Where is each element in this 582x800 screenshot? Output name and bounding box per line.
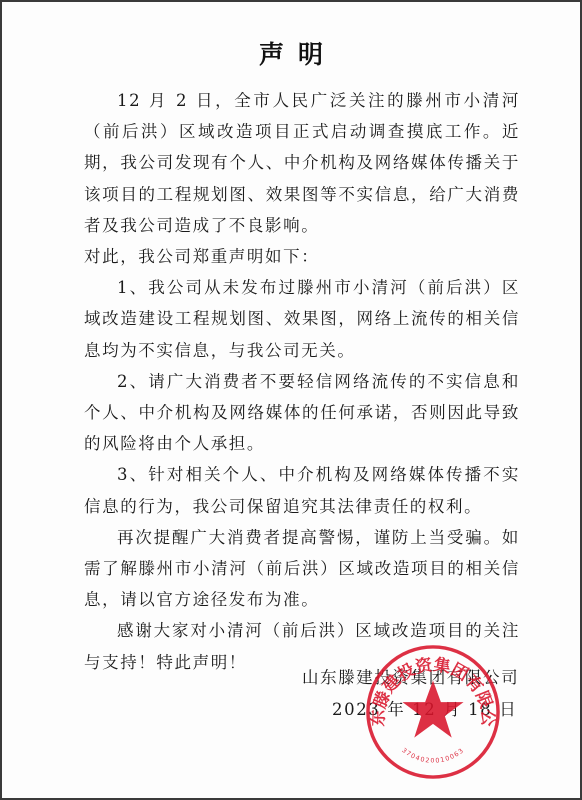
seal-code: 3704020010063	[400, 746, 465, 765]
official-seal-icon: 山东滕建投资集团有限公司 3704020010063	[364, 643, 502, 781]
document-title: 声明	[2, 35, 580, 71]
paragraph-item-1: 1、我公司从未发布过滕州市小清河（前后洪）区域改造建设工程规划图、效果图，网络上…	[84, 272, 520, 366]
paragraph-item-2: 2、请广大消费者不要轻信网络流传的不实信息和个人、中介机构及网络媒体的任何承诺，…	[84, 366, 520, 460]
paragraph-intro: 12 月 2 日，全市人民广泛关注的滕州市小清河（前后洪）区域改造项目正式启动调…	[84, 85, 520, 241]
document-page: 声明 12 月 2 日，全市人民广泛关注的滕州市小清河（前后洪）区域改造项目正式…	[0, 0, 582, 800]
paragraph-reminder: 再次提醒广大消费者提高警惕，谨防上当受骗。如需了解滕州市小清河（前后洪）区域改造…	[84, 522, 520, 616]
paragraph-declaration-lead: 对此，我公司郑重声明如下：	[84, 241, 520, 272]
star-icon	[402, 680, 463, 737]
paragraph-item-3: 3、针对相关个人、中介机构及网络媒体传播不实信息的行为，我公司保留追究其法律责任…	[84, 459, 520, 521]
document-body: 12 月 2 日，全市人民广泛关注的滕州市小清河（前后洪）区域改造项目正式启动调…	[84, 85, 520, 678]
